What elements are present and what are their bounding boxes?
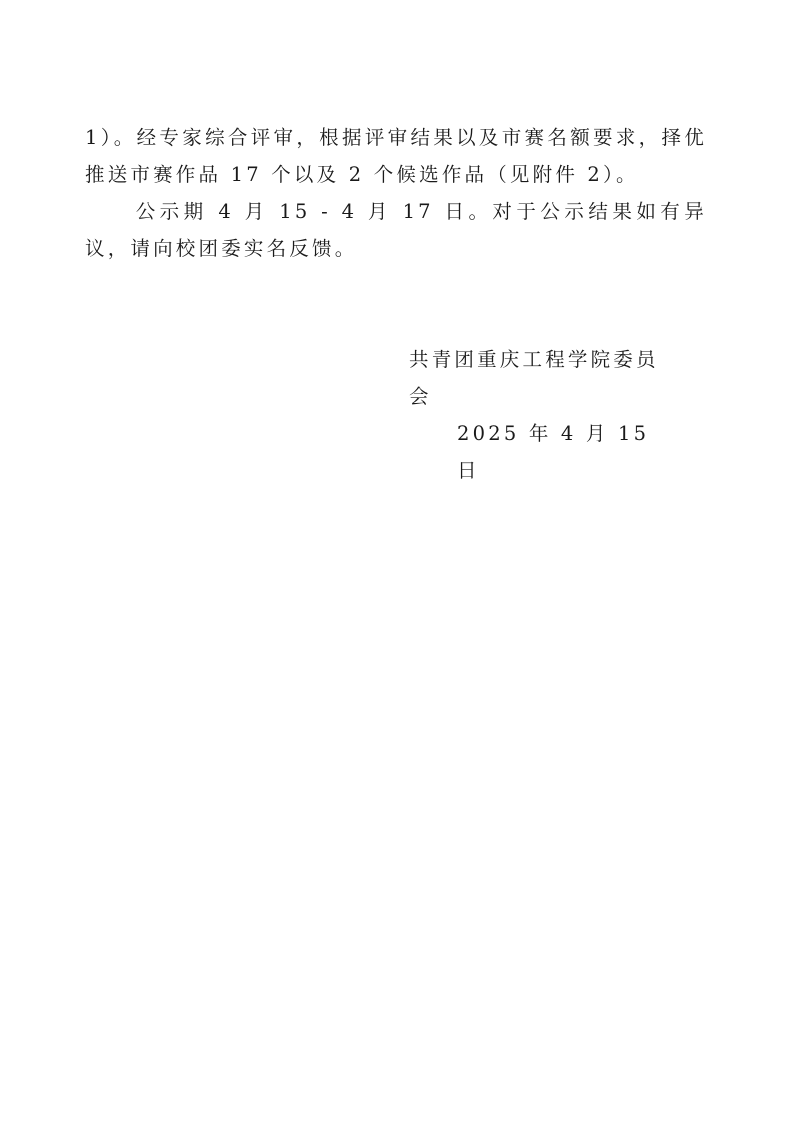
signature-date: 2025 年 4 月 15 日 [400, 415, 680, 489]
signature-block: 共青团重庆工程学院委员会 2025 年 4 月 15 日 [400, 341, 680, 489]
paragraph-notice-period: 公示期 4 月 15 - 4 月 17 日。对于公示结果如有异议，请向校团委实名… [85, 193, 707, 267]
signature-organization: 共青团重庆工程学院委员会 [400, 341, 680, 415]
document-page: 1）。经专家综合评审，根据评审结果以及市赛名额要求，择优推送市赛作品 17 个以… [0, 0, 793, 1122]
paragraph-continuation: 1）。经专家综合评审，根据评审结果以及市赛名额要求，择优推送市赛作品 17 个以… [85, 119, 707, 193]
document-body: 1）。经专家综合评审，根据评审结果以及市赛名额要求，择优推送市赛作品 17 个以… [85, 119, 707, 267]
